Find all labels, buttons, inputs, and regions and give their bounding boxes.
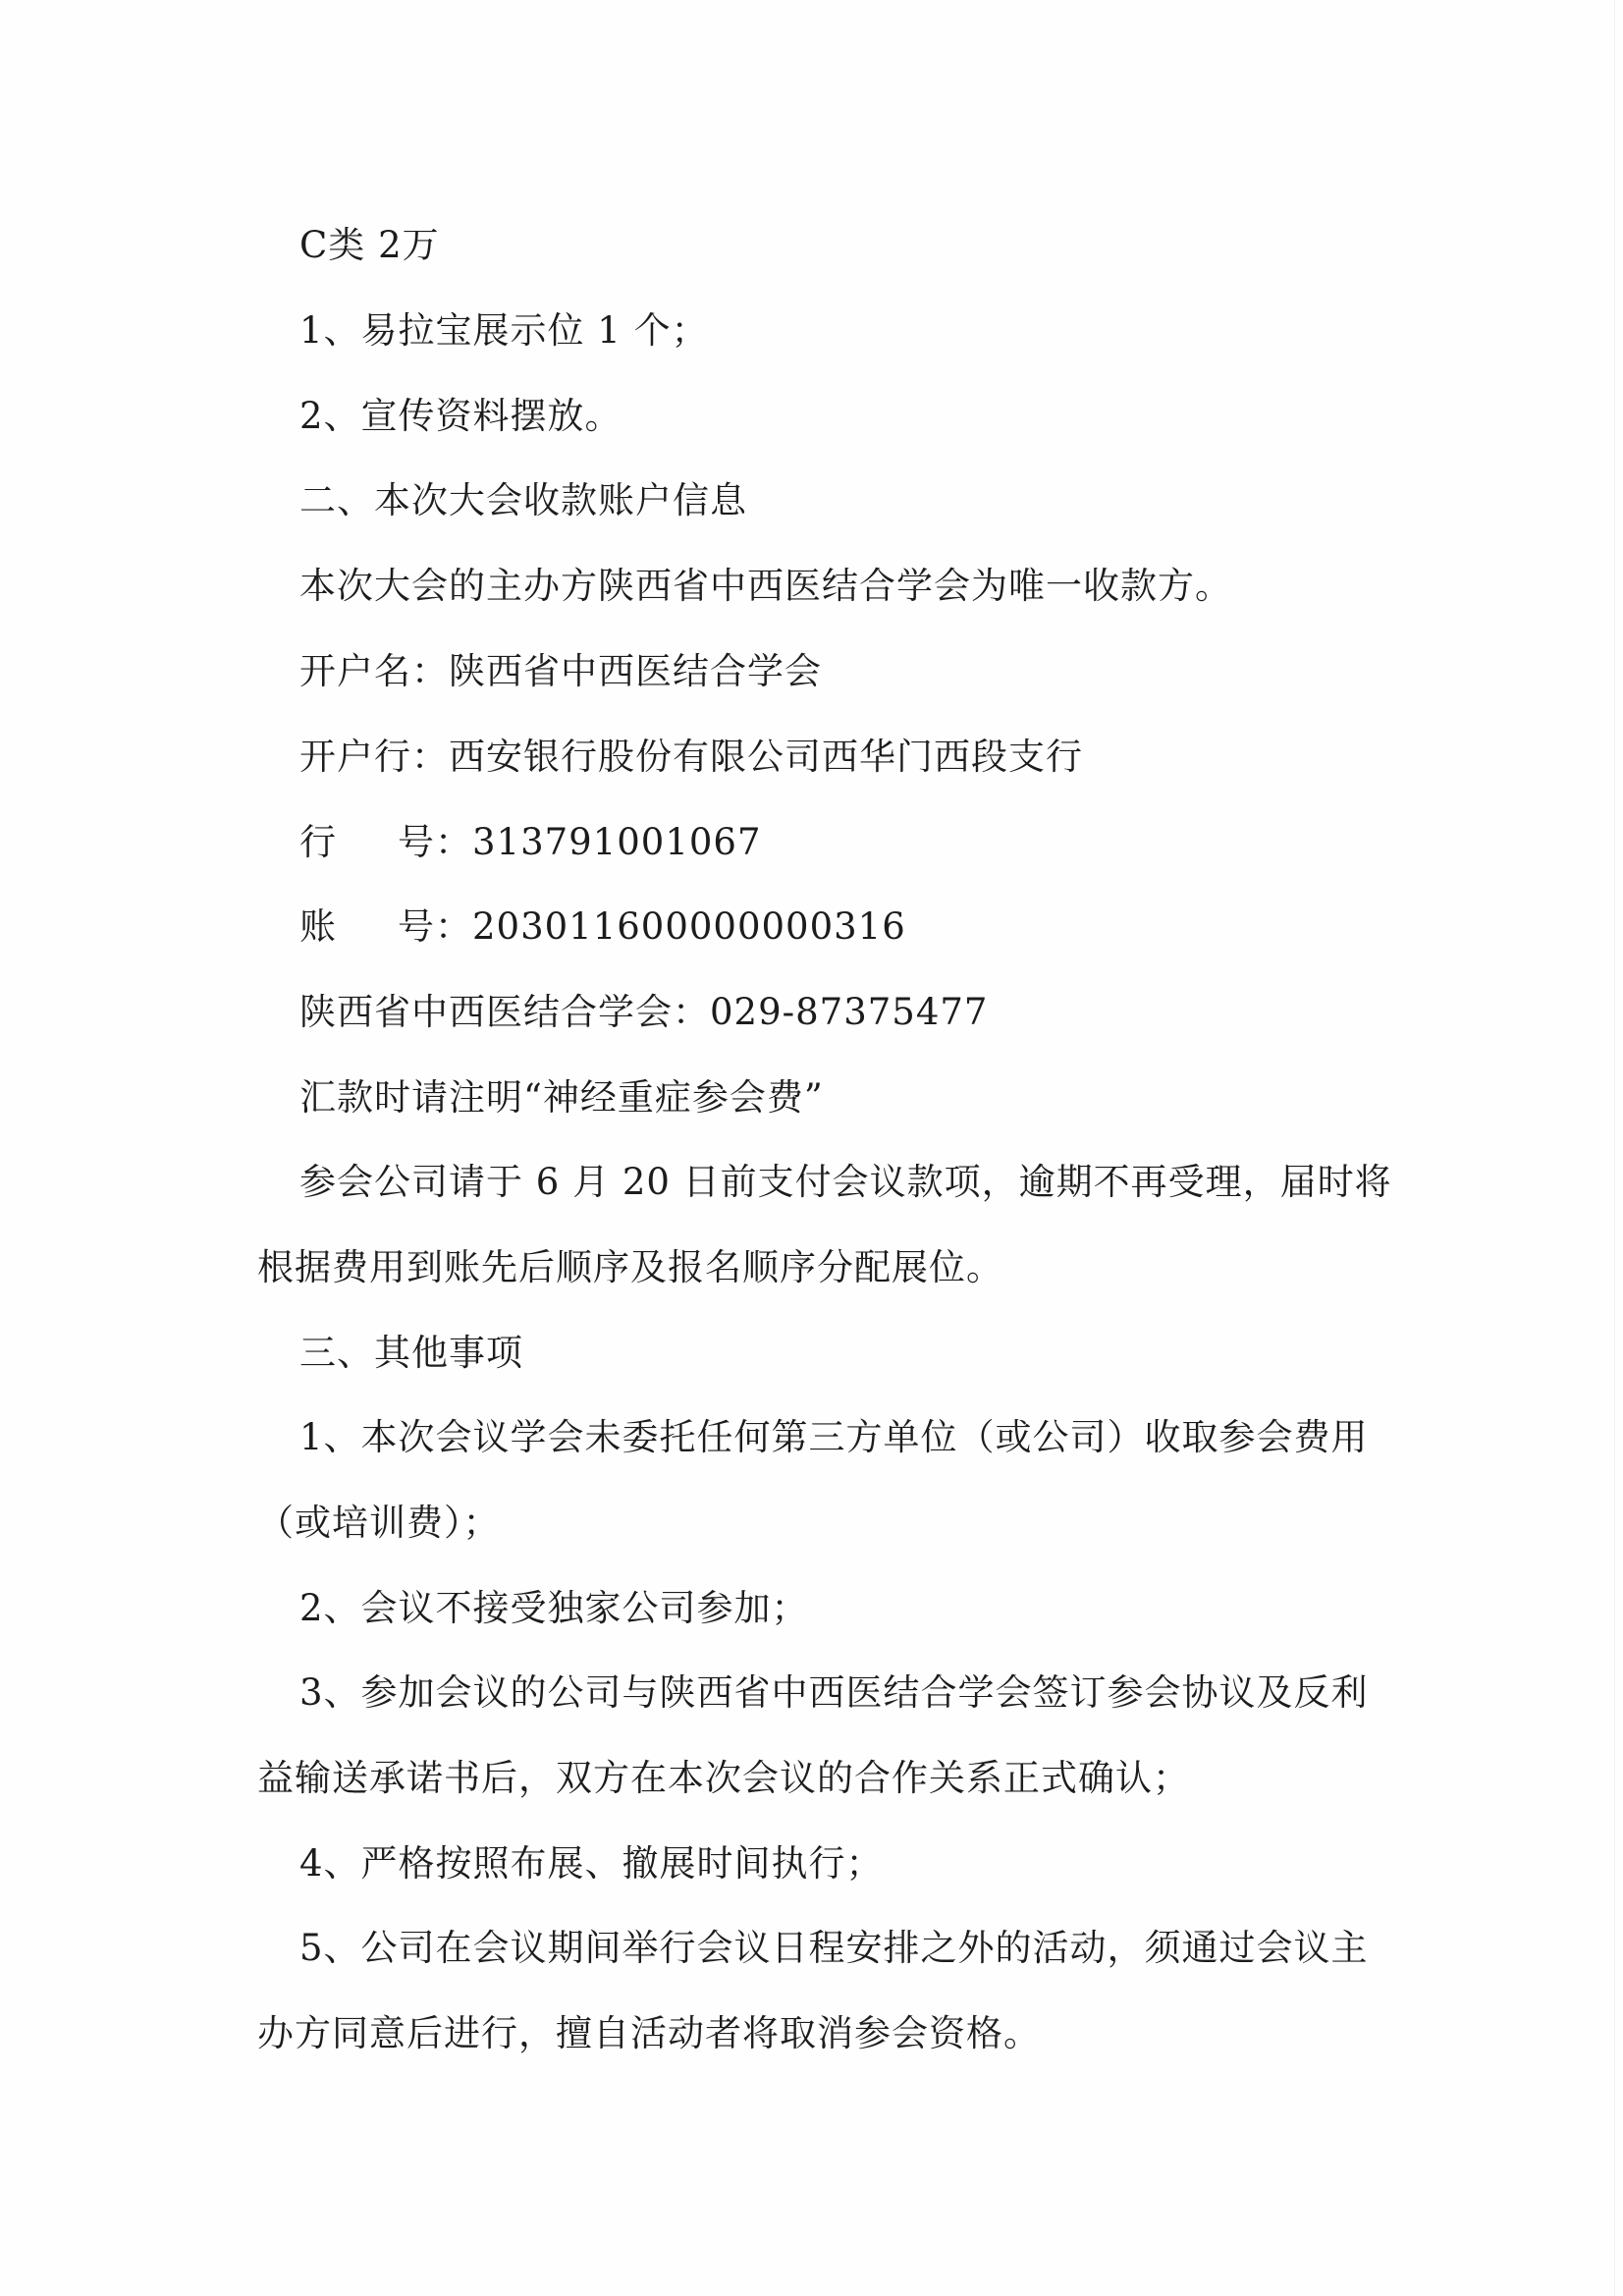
other-item-1-line1: 1、本次会议学会未委托任何第三方单位（或公司）收取参会费用 — [299, 1416, 1369, 1459]
other-item-5-line1: 5、公司在会议期间举行会议日程安排之外的活动，须通过会议主 — [299, 1927, 1369, 1970]
category-c-line: C类 2万 — [299, 224, 440, 267]
account-number-value: 203011600000000316 — [472, 905, 906, 948]
phone-row: 陕西省中西医结合学会：029-87375477 — [299, 991, 988, 1034]
bank-label: 开户行： — [299, 736, 449, 778]
section-two-heading: 二、本次大会收款账户信息 — [299, 479, 747, 522]
other-item-1-line2: （或培训费）； — [257, 1502, 501, 1545]
bank-value: 西安银行股份有限公司西华门西段支行 — [449, 736, 1083, 778]
category-item-1: 1、易拉宝展示位 1 个； — [299, 309, 709, 353]
account-number-row: 账号：203011600000000316 — [299, 905, 906, 949]
payee-intro: 本次大会的主办方陕西省中西医结合学会为唯一收款方。 — [299, 565, 1232, 608]
other-item-5-line2: 办方同意后进行，擅自活动者将取消参会资格。 — [257, 2012, 1041, 2055]
scan-edge-mark — [1614, 0, 1615, 2296]
account-number-label-char2: 号： — [398, 905, 472, 948]
other-item-4: 4、严格按照布展、撤展时间执行； — [299, 1842, 884, 1886]
phone-value: 029-87375477 — [710, 991, 988, 1033]
section-three-heading: 三、其他事项 — [299, 1332, 523, 1375]
document-page: C类 2万 1、易拉宝展示位 1 个； 2、宣传资料摆放。 二、本次大会收款账户… — [0, 0, 1623, 2296]
account-name-label: 开户名： — [299, 650, 449, 692]
bank-code-label-char2: 号： — [398, 821, 472, 863]
bank-row: 开户行：西安银行股份有限公司西华门西段支行 — [299, 736, 1083, 779]
other-item-3-line1: 3、参加会议的公司与陕西省中西医结合学会签订参会协议及反利 — [299, 1671, 1369, 1715]
account-number-label-char1: 账 — [299, 905, 337, 948]
account-name-row: 开户名：陕西省中西医结合学会 — [299, 650, 822, 693]
other-item-2: 2、会议不接受独家公司参加； — [299, 1587, 809, 1630]
payment-deadline-line2: 根据费用到账先后顺序及报名顺序分配展位。 — [257, 1246, 1003, 1289]
bank-code-label-char1: 行 — [299, 821, 337, 863]
other-item-3-line2: 益输送承诺书后，双方在本次会议的合作关系正式确认； — [257, 1757, 1190, 1800]
bank-code-value: 313791001067 — [472, 821, 762, 863]
remittance-note: 汇款时请注明“神经重症参会费” — [299, 1076, 824, 1120]
account-name-value: 陕西省中西医结合学会 — [449, 650, 822, 692]
phone-label: 陕西省中西医结合学会： — [299, 991, 710, 1033]
category-item-2: 2、宣传资料摆放。 — [299, 395, 622, 438]
bank-code-row: 行号：313791001067 — [299, 821, 762, 864]
payment-deadline-line1: 参会公司请于 6 月 20 日前支付会议款项，逾期不再受理，届时将 — [299, 1161, 1392, 1204]
